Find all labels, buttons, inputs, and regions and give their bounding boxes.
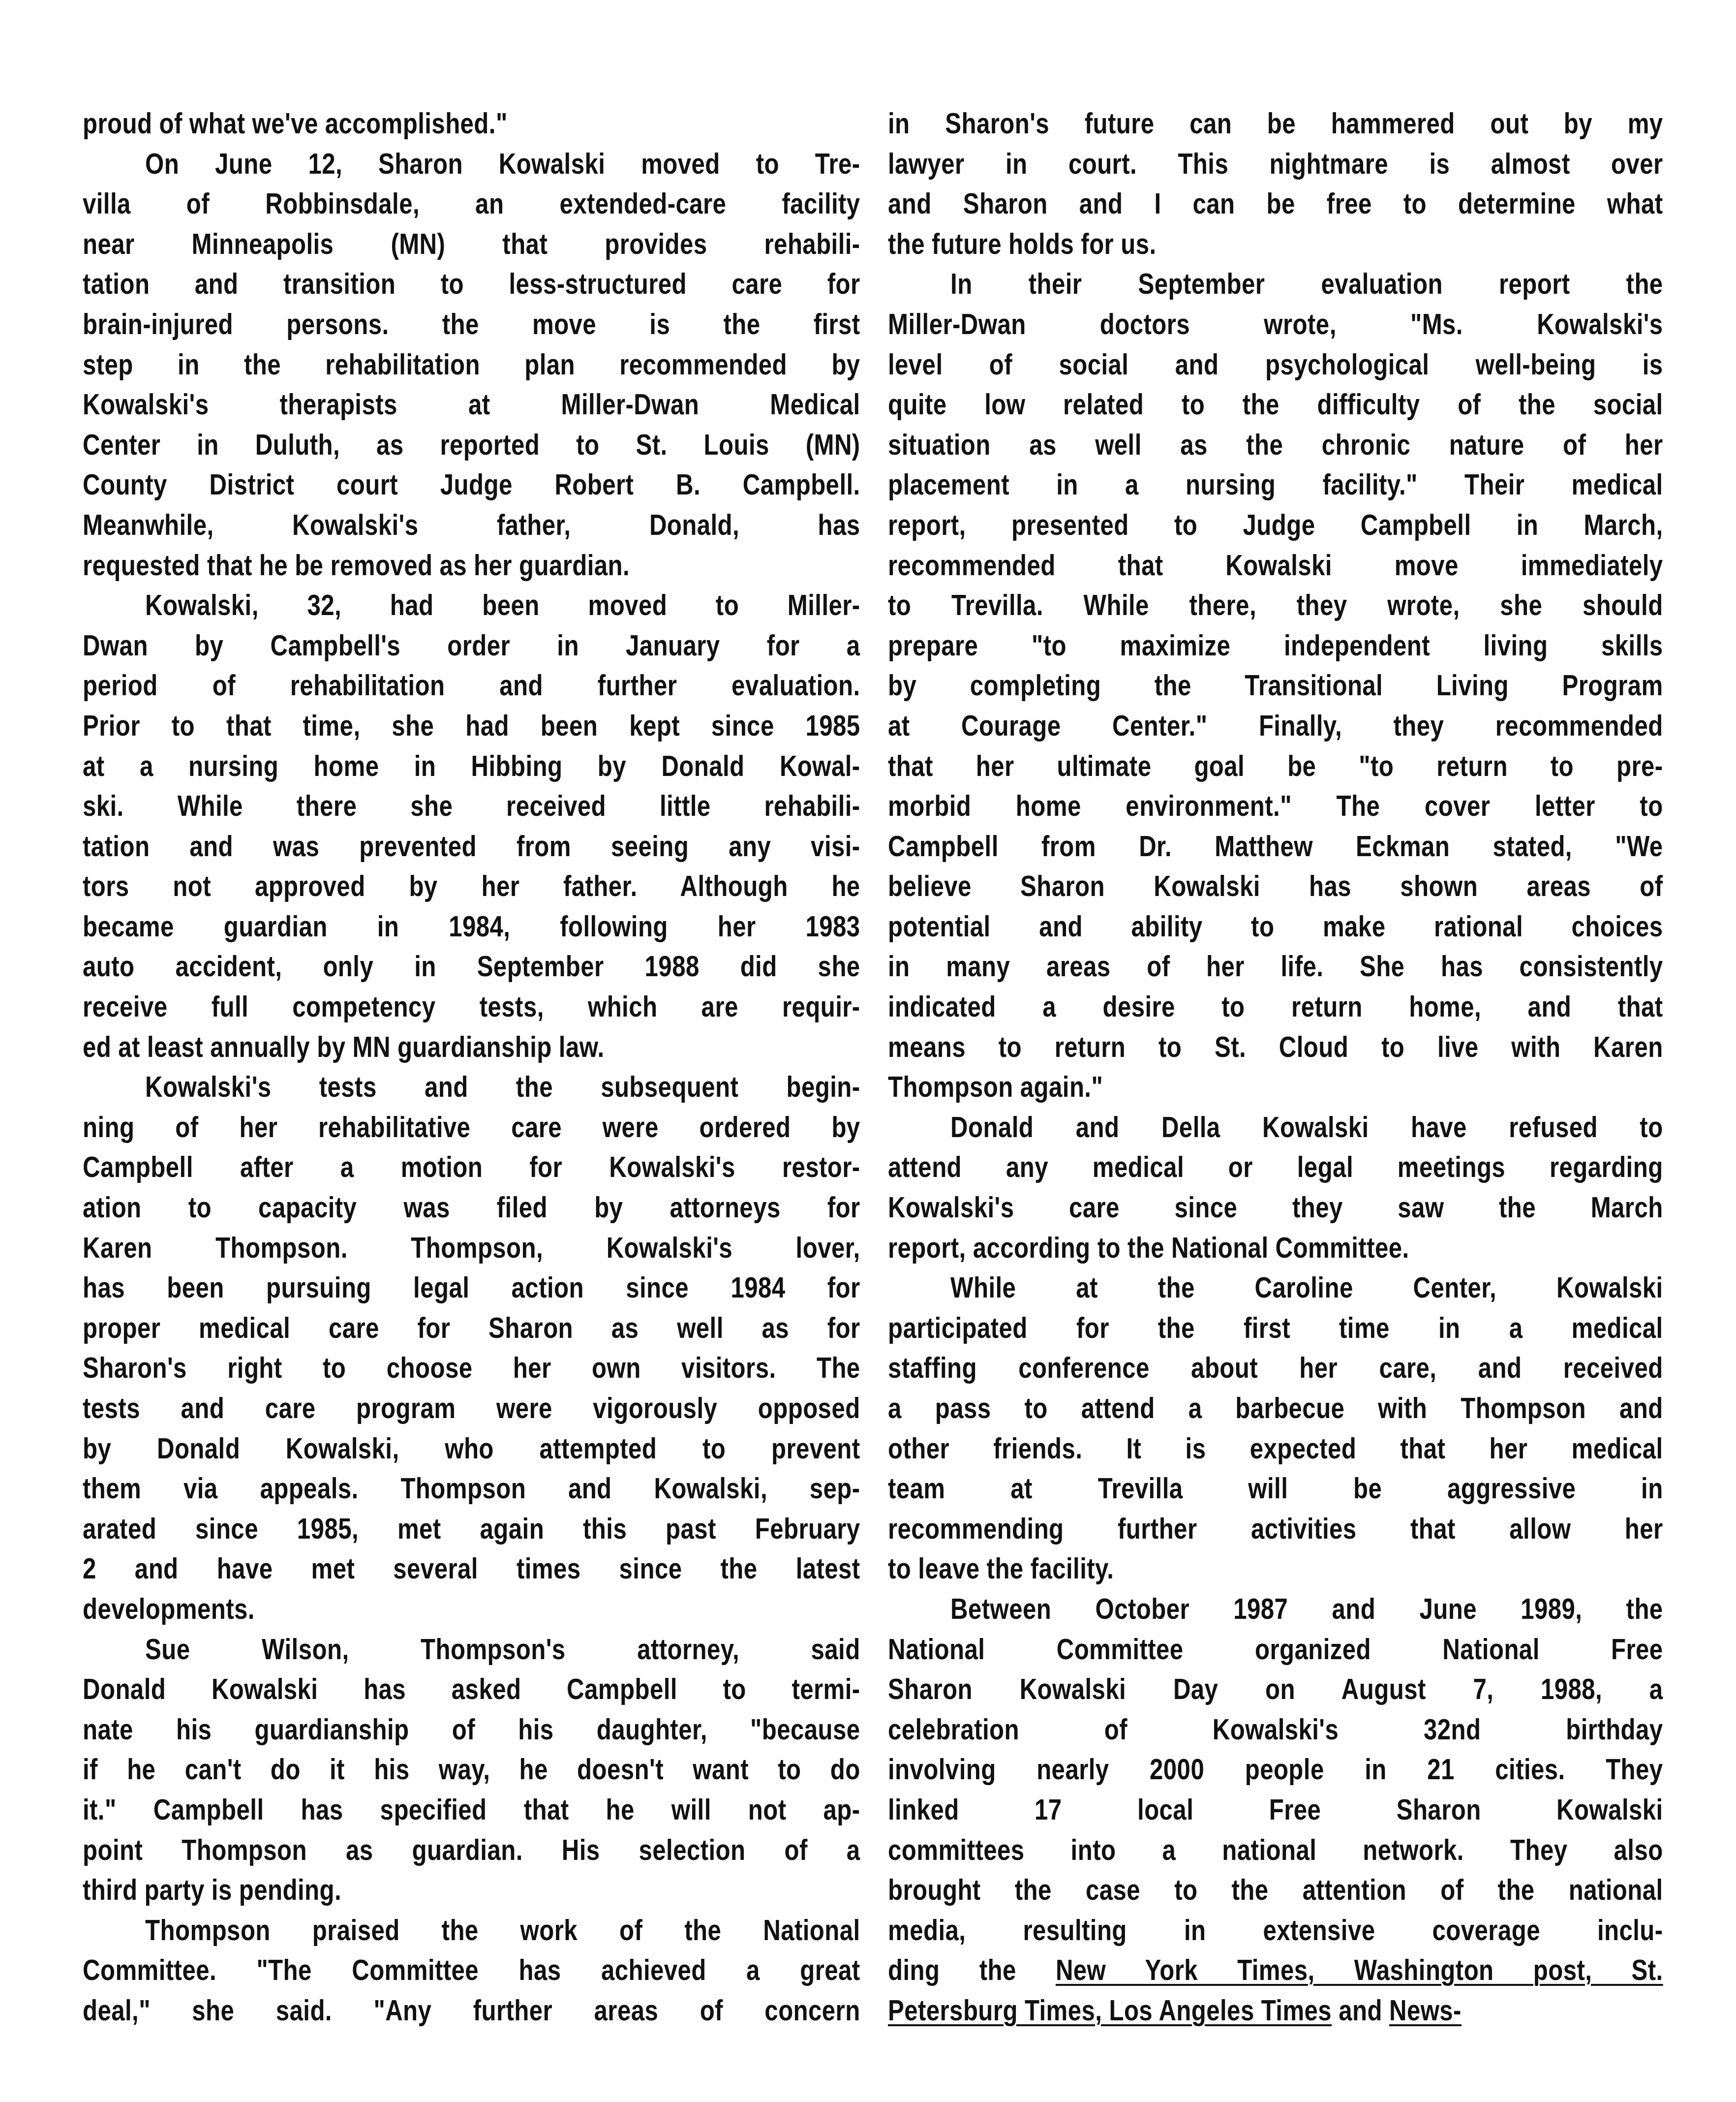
text-line-with-publication-titles: Petersburg Times, Los Angeles Times and … [888,1990,1663,2031]
text-line: to Trevilla. While there, they wrote, sh… [888,585,1663,625]
paragraph: proud of what we've accomplished." [83,103,860,144]
publication-titles: Petersburg Times, Los Angeles Times [888,1994,1332,2027]
text-line: report, presented to Judge Campbell in M… [888,505,1663,545]
text-line: In their September evaluation report the [888,264,1663,304]
text-line: recommended that Kowalski move immediate… [888,545,1663,586]
text-line: level of social and psychological well-b… [888,344,1663,385]
text-line: staffing conference about her care, and … [888,1348,1663,1388]
text-line: team at Trevilla will be aggressive in [888,1468,1663,1509]
text-line: proper medical care for Sharon as well a… [83,1308,860,1348]
text-line: point Thompson as guardian. His selectio… [83,1830,860,1870]
line-prefix: ding the [888,1953,1056,1986]
text-line: them via appeals. Thompson and Kowalski,… [83,1468,860,1509]
text-line: Sue Wilson, Thompson's attorney, said [83,1629,860,1669]
text-line: means to return to St. Cloud to live wit… [888,1027,1663,1067]
text-line: tors not approved by her father. Althoug… [83,866,860,906]
text-line: Campbell after a motion for Kowalski's r… [83,1147,860,1187]
text-line: 2 and have met several times since the l… [83,1548,860,1589]
text-line: involving nearly 2000 people in 21 citie… [888,1749,1663,1790]
right-column: in Sharon's future can be hammered out b… [888,103,1663,2031]
text-line: Kowalski's tests and the subsequent begi… [83,1067,860,1107]
text-line: quite low related to the difficulty of t… [888,384,1663,425]
text-line: lawyer in court. This nightmare is almos… [888,144,1663,184]
text-line: Thompson again." [888,1067,1663,1107]
text-line: tation and was prevented from seeing any… [83,826,860,866]
text-line: villa of Robbinsdale, an extended-care f… [83,184,860,224]
text-line: if he can't do it his way, he doesn't wa… [83,1749,860,1790]
text-line: and Sharon and I can be free to determin… [888,184,1663,224]
paragraph: Between October 1987 and June 1989, theN… [888,1589,1663,1950]
text-line: celebration of Kowalski's 32nd birthday [888,1709,1663,1750]
text-line: tests and care program were vigorously o… [83,1388,860,1428]
text-line: Center in Duluth, as reported to St. Lou… [83,425,860,465]
text-line: ski. While there she received little reh… [83,786,860,826]
publication-title-newsweek: News- [1389,1994,1462,2027]
text-line: Miller-Dwan doctors wrote, "Ms. Kowalski… [888,304,1663,344]
text-line: report, according to the National Commit… [888,1228,1663,1268]
text-line: became guardian in 1984, following her 1… [83,906,860,947]
paragraph: Kowalski's tests and the subsequent begi… [83,1067,860,1629]
text-line: participated for the first time in a med… [888,1308,1663,1348]
text-line: a pass to attend a barbecue with Thompso… [888,1388,1663,1428]
text-line: Sharon's right to choose her own visitor… [83,1348,860,1388]
text-line: receive full competency tests, which are… [83,987,860,1027]
text-line: at a nursing home in Hibbing by Donald K… [83,746,860,786]
text-line: committees into a national network. They… [888,1830,1663,1870]
text-line: media, resulting in extensive coverage i… [888,1910,1663,1950]
text-line: brought the case to the attention of the… [888,1870,1663,1910]
text-line: National Committee organized National Fr… [888,1629,1663,1669]
text-line: the future holds for us. [888,224,1663,264]
text-line: Donald and Della Kowalski have refused t… [888,1107,1663,1147]
text-line: Karen Thompson. Thompson, Kowalski's lov… [83,1228,860,1268]
text-line: ning of her rehabilitative care were ord… [83,1107,860,1147]
text-line: On June 12, Sharon Kowalski moved to Tre… [83,144,860,184]
text-line: While at the Caroline Center, Kowalski [888,1267,1663,1308]
text-line: Dwan by Campbell's order in January for … [83,625,860,666]
text-line: near Minneapolis (MN) that provides reha… [83,224,860,264]
text-line: tation and transition to less-structured… [83,264,860,304]
paragraph: Thompson praised the work of the Nationa… [83,1910,860,2031]
text-line: Kowalski, 32, had been moved to Miller- [83,585,860,625]
text-line: arated since 1985, met again this past F… [83,1509,860,1549]
text-line: in Sharon's future can be hammered out b… [888,103,1663,144]
text-line: requested that he be removed as her guar… [83,545,860,586]
text-line: in many areas of her life. She has consi… [888,946,1663,987]
text-line: situation as well as the chronic nature … [888,425,1663,465]
text-line: deal," she said. "Any further areas of c… [83,1990,860,2031]
text-line: developments. [83,1589,860,1629]
text-line: recommending further activities that all… [888,1509,1663,1549]
text-line: auto accident, only in September 1988 di… [83,946,860,987]
paragraph: In their September evaluation report the… [888,264,1663,1107]
text-line: third party is pending. [83,1870,860,1910]
left-column: proud of what we've accomplished."On Jun… [83,103,860,2031]
text-line: prepare "to maximize independent living … [888,625,1663,666]
paragraph: While at the Caroline Center, Kowalskipa… [888,1267,1663,1589]
text-line: other friends. It is expected that her m… [888,1428,1663,1469]
paragraph: Donald and Della Kowalski have refused t… [888,1107,1663,1267]
text-line: believe Sharon Kowalski has shown areas … [888,866,1663,906]
text-line: Kowalski's care since they saw the March [888,1187,1663,1228]
text-line-with-publication-titles: ding the New York Times, Washington post… [888,1950,1663,1990]
text-line: Campbell from Dr. Matthew Eckman stated,… [888,826,1663,866]
text-line: placement in a nursing facility." Their … [888,464,1663,505]
text-line: step in the rehabilitation plan recommen… [83,344,860,385]
text-line: morbid home environment." The cover lett… [888,786,1663,826]
paragraph: in Sharon's future can be hammered out b… [888,103,1663,264]
text-line: County District court Judge Robert B. Ca… [83,464,860,505]
text-line: ation to capacity was filed by attorneys… [83,1187,860,1228]
text-line: period of rehabilitation and further eva… [83,665,860,706]
text-line: Committee. "The Committee has achieved a… [83,1950,860,1990]
text-line: indicated a desire to return home, and t… [888,987,1663,1027]
text-line: Between October 1987 and June 1989, the [888,1589,1663,1629]
publication-titles: New York Times, Washington post, St. [1056,1953,1663,1986]
conjunction: and [1332,1994,1389,2027]
text-line: at Courage Center." Finally, they recomm… [888,706,1663,746]
text-line: by completing the Transitional Living Pr… [888,665,1663,706]
text-line: brain-injured persons. the move is the f… [83,304,860,344]
text-line: Kowalski's therapists at Miller-Dwan Med… [83,384,860,425]
text-line: it." Campbell has specified that he will… [83,1790,860,1830]
paragraph: Sue Wilson, Thompson's attorney, saidDon… [83,1629,860,1910]
text-line: by Donald Kowalski, who attempted to pre… [83,1428,860,1469]
text-line: to leave the facility. [888,1548,1663,1589]
text-line: Sharon Kowalski Day on August 7, 1988, a [888,1669,1663,1709]
paragraph: On June 12, Sharon Kowalski moved to Tre… [83,144,860,586]
text-line: that her ultimate goal be "to return to … [888,746,1663,786]
text-line: has been pursuing legal action since 198… [83,1267,860,1308]
text-line: Donald Kowalski has asked Campbell to te… [83,1669,860,1709]
text-line: linked 17 local Free Sharon Kowalski [888,1790,1663,1830]
text-line: Meanwhile, Kowalski's father, Donald, ha… [83,505,860,545]
paragraph: Kowalski, 32, had been moved to Miller-D… [83,585,860,1067]
text-line: attend any medical or legal meetings reg… [888,1147,1663,1187]
text-line: Prior to that time, she had been kept si… [83,706,860,746]
text-line: nate his guardianship of his daughter, "… [83,1709,860,1750]
text-line: Thompson praised the work of the Nationa… [83,1910,860,1950]
document-page: proud of what we've accomplished."On Jun… [0,0,1736,2102]
text-line: proud of what we've accomplished." [83,103,860,144]
text-line: ed at least annually by MN guardianship … [83,1027,860,1067]
text-line: potential and ability to make rational c… [888,906,1663,947]
